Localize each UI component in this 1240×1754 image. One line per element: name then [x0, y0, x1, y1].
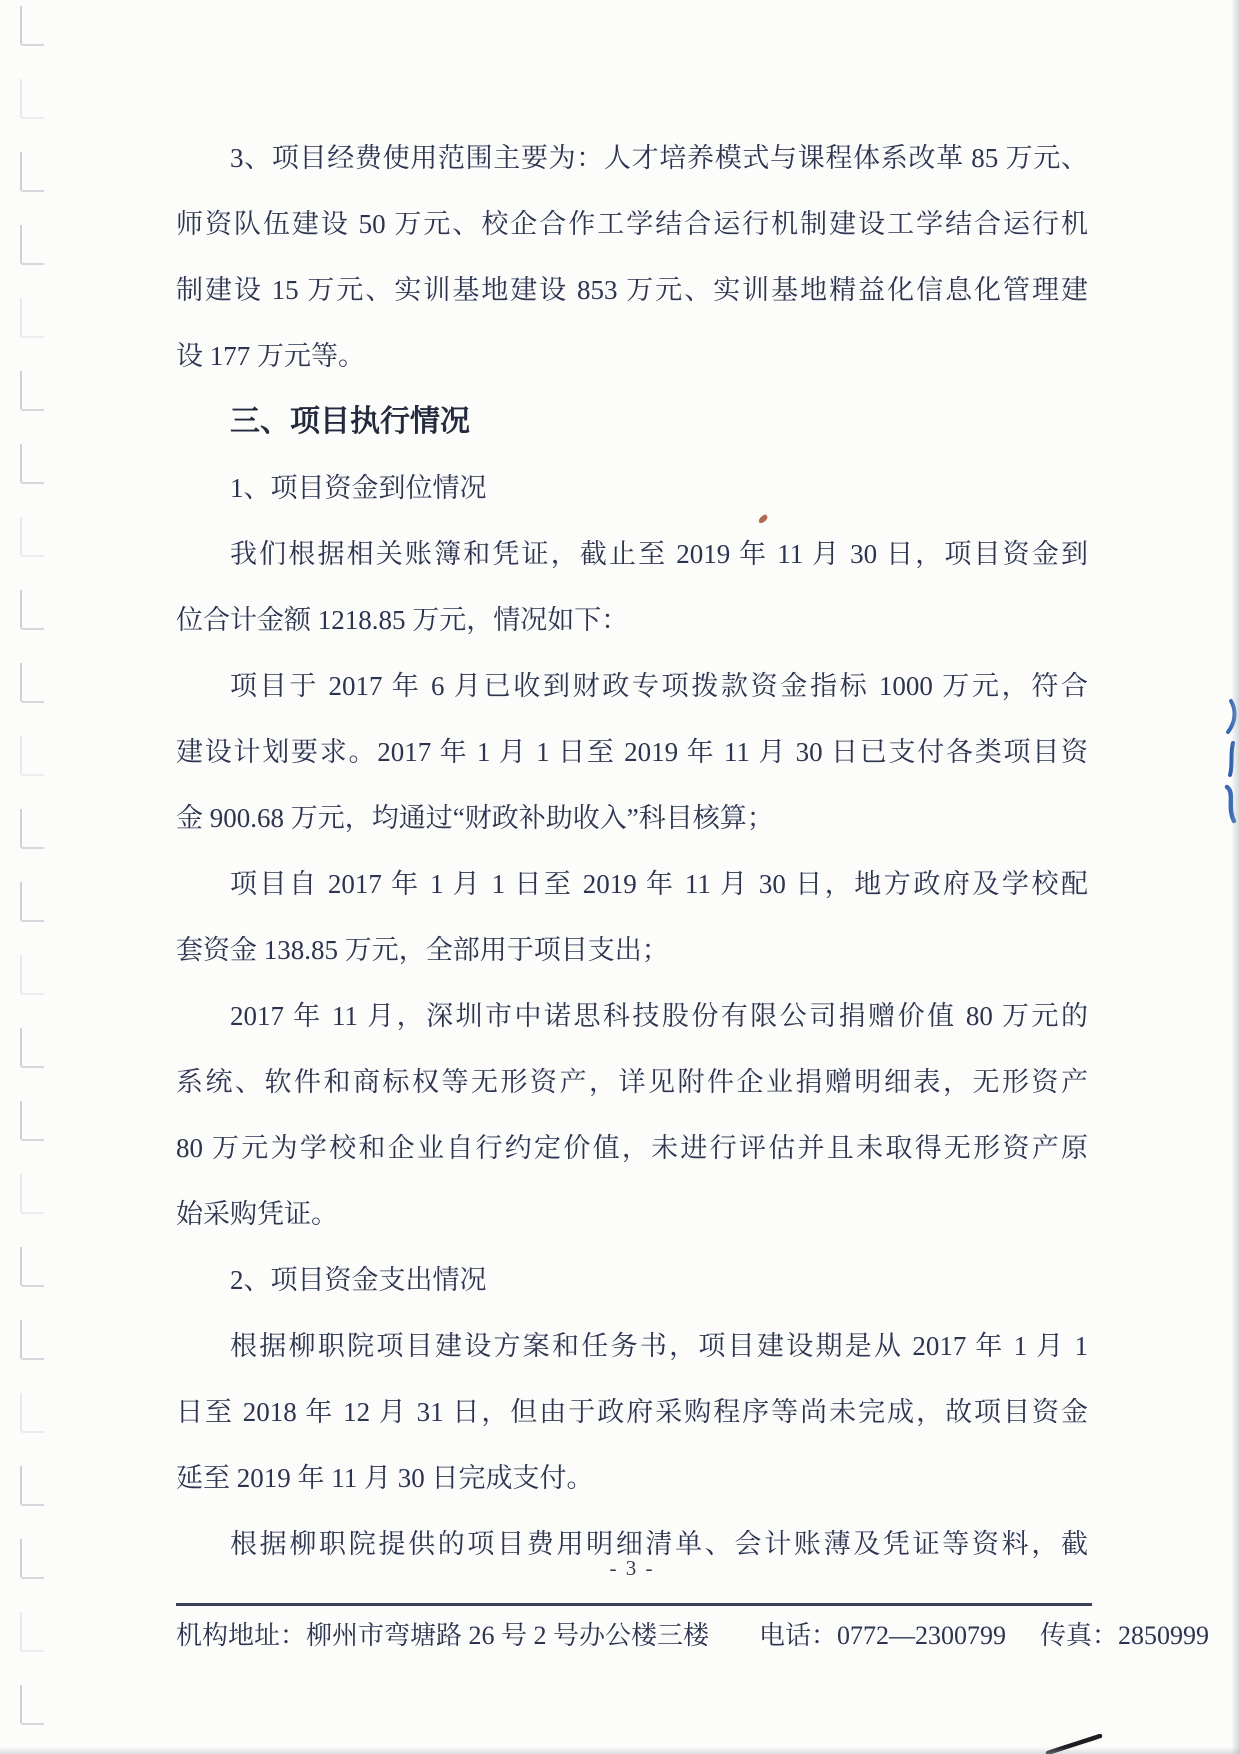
body-text-line: 系统、软件和商标权等无形资产，详见附件企业捐赠明细表，无形资产	[176, 1049, 1088, 1115]
body-text-line: 我们根据相关账簿和凭证，截止至 2019 年 11 月 30 日，项目资金到	[176, 521, 1088, 587]
body-text-line: 师资队伍建设 50 万元、校企合作工学结合运行机制建设工学结合运行机	[176, 191, 1088, 257]
footer-phone: 电话：0772—2300799	[759, 1621, 1006, 1650]
binding-mark	[20, 517, 44, 557]
body-text-line: 制建设 15 万元、实训基地建设 853 万元、实训基地精益化信息化管理建	[176, 257, 1088, 323]
footer-divider	[176, 1603, 1092, 1606]
binding-mark	[20, 955, 44, 995]
binding-mark	[20, 809, 44, 849]
body-text-line: 项目于 2017 年 6 月已收到财政专项拨款资金指标 1000 万元，符合	[176, 653, 1088, 719]
binding-mark	[20, 1685, 44, 1725]
section-heading-line: 三、项目执行情况	[176, 389, 1088, 455]
binding-mark	[20, 152, 44, 192]
binding-mark	[20, 225, 44, 265]
scan-edge-shadow-bottom	[0, 1747, 1240, 1754]
document-body: 3、项目经费使用范围主要为：人才培养模式与课程体系改革 85 万元、师资队伍建设…	[176, 125, 1088, 1577]
body-text-line: 80 万元为学校和企业自行约定价值，未进行评估并且未取得无形资产原	[176, 1115, 1088, 1181]
body-text-line: 项目自 2017 年 1 月 1 日至 2019 年 11 月 30 日，地方政…	[176, 851, 1088, 917]
body-text-line: 始采购凭证。	[176, 1181, 1088, 1247]
binding-mark	[20, 1612, 44, 1652]
binding-mark	[20, 882, 44, 922]
binding-mark	[20, 1028, 44, 1068]
body-text-line: 建设计划要求。2017 年 1 月 1 日至 2019 年 11 月 30 日已…	[176, 719, 1088, 785]
binding-mark	[20, 1320, 44, 1360]
body-text-line: 设 177 万元等。	[176, 323, 1088, 389]
body-text-line: 2、项目资金支出情况	[176, 1247, 1088, 1313]
footer: 机构地址：柳州市弯塘路 26 号 2 号办公楼三楼电话：0772—2300799…	[176, 1616, 1216, 1656]
body-text-line: 1、项目资金到位情况	[176, 455, 1088, 521]
body-text-line: 2017 年 11 月，深圳市中诺思科技股份有限公司捐赠价值 80 万元的	[176, 983, 1088, 1049]
binding-mark	[20, 663, 44, 703]
binding-mark	[20, 371, 44, 411]
body-text-line: 日至 2018 年 12 月 31 日，但由于政府采购程序等尚未完成，故项目资金	[176, 1379, 1088, 1445]
binding-mark	[20, 1466, 44, 1506]
page-number: - 3 -	[176, 1556, 1088, 1581]
binding-mark	[20, 1101, 44, 1141]
binding-mark	[20, 736, 44, 776]
footer-fax: 传真：2850999	[1040, 1621, 1209, 1650]
body-text-line: 套资金 138.85 万元，全部用于项目支出；	[176, 917, 1088, 983]
binding-mark	[20, 298, 44, 338]
body-text-line: 金 900.68 万元，均通过“财政补助收入”科目核算；	[176, 785, 1088, 851]
binding-mark	[20, 1247, 44, 1287]
binding-mark	[20, 444, 44, 484]
binding-mark	[20, 1393, 44, 1433]
binding-mark	[20, 1174, 44, 1214]
body-text-line: 延至 2019 年 11 月 30 日完成支付。	[176, 1445, 1088, 1511]
body-text-line: 根据柳职院项目建设方案和任务书，项目建设期是从 2017 年 1 月 1	[176, 1313, 1088, 1379]
body-text-line: 3、项目经费使用范围主要为：人才培养模式与课程体系改革 85 万元、	[176, 125, 1088, 191]
binding-mark	[20, 6, 44, 46]
body-text-line: 位合计金额 1218.85 万元，情况如下：	[176, 587, 1088, 653]
binding-mark	[20, 79, 44, 119]
binding-mark	[20, 590, 44, 630]
binding-mark	[20, 1539, 44, 1579]
scan-edge-shadow-right	[1231, 0, 1240, 1754]
scanned-document-page: 3、项目经费使用范围主要为：人才培养模式与课程体系改革 85 万元、师资队伍建设…	[0, 0, 1240, 1754]
footer-address: 机构地址：柳州市弯塘路 26 号 2 号办公楼三楼	[176, 1621, 709, 1650]
